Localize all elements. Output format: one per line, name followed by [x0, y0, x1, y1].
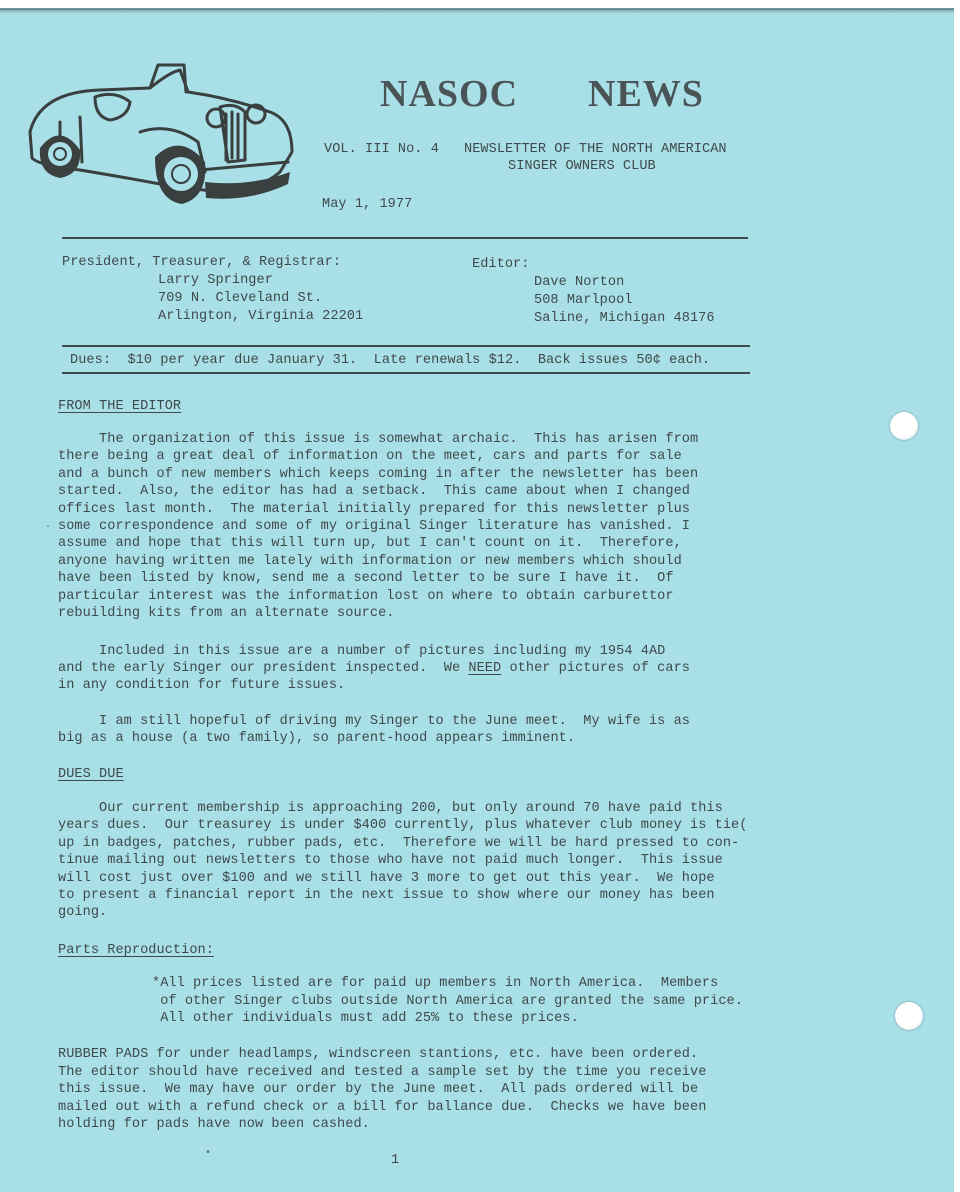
text-line: holding for pads have now been cashed. [58, 1116, 370, 1133]
page-number: 1 [391, 1152, 399, 1169]
editor-name: Dave Norton [534, 274, 624, 291]
text-line: All other individuals must add 25% to th… [152, 1010, 579, 1027]
president-role: President, Treasurer, & Registrar: [62, 254, 341, 271]
section-heading-from-the-editor: FROM THE EDITOR [58, 398, 181, 415]
text-line: The editor should have received and test… [58, 1064, 706, 1081]
text-line: to present a financial report in the nex… [58, 887, 715, 904]
subtitle-line-1: NEWSLETTER OF THE NORTH AMERICAN [464, 141, 727, 158]
text-line: started. Also, the editor has had a setb… [58, 483, 690, 500]
volume-label: VOL. III No. 4 [324, 141, 439, 158]
editor-role: Editor: [472, 256, 529, 273]
page-top-edge [0, 8, 955, 14]
text-line: I am still hopeful of driving my Singer … [58, 713, 690, 730]
president-address-2: Arlington, Virginia 22201 [158, 308, 363, 325]
dues-info: Dues: $10 per year due January 31. Late … [70, 352, 710, 369]
text-span: other pictures of cars [501, 661, 690, 676]
stray-mark: . [45, 520, 51, 531]
dues-top-rule [62, 345, 750, 347]
text-line: offices last month. The material initial… [58, 501, 690, 518]
text-line: will cost just over $100 and we still ha… [58, 870, 715, 887]
editor-paragraph-2-line-3: in any condition for future issues. [58, 677, 345, 694]
text-line: of other Singer clubs outside North Amer… [152, 993, 743, 1010]
binder-hole-lower [895, 1002, 923, 1030]
text-line: this issue. We may have our order by the… [58, 1081, 698, 1098]
section-heading-dues-due: DUES DUE [58, 766, 124, 783]
editor-paragraph-2-line-2: and the early Singer our president inspe… [58, 660, 690, 677]
text-line: going. [58, 904, 107, 921]
text-line: have been listed by know, send me a seco… [58, 570, 674, 587]
text-span: and the early Singer our president inspe… [58, 661, 468, 676]
issue-date: May 1, 1977 [322, 196, 412, 213]
text-line: particular interest was the information … [58, 588, 674, 605]
text-line: *All prices listed are for paid up membe… [152, 975, 718, 992]
emphasis-need: NEED [468, 661, 501, 676]
dues-bottom-rule [62, 372, 750, 374]
subtitle-line-2: SINGER OWNERS CLUB [508, 158, 656, 175]
text-line: tinue mailing out newsletters to those w… [58, 852, 723, 869]
editor-paragraph-2-line-1: Included in this issue are a number of p… [58, 643, 665, 660]
masthead-title-nasoc: NASOC [380, 72, 518, 116]
binder-hole-upper [890, 412, 918, 440]
text-line: mailed out with a refund check or a bill… [58, 1099, 706, 1116]
text-line: up in badges, patches, rubber pads, etc.… [58, 835, 739, 852]
editor-address-2: Saline, Michigan 48176 [534, 310, 715, 327]
stray-mark: • [205, 1148, 211, 1159]
section-heading-parts-reproduction: Parts Reproduction: [58, 942, 214, 959]
text-line: assume and hope that this will turn up, … [58, 535, 682, 552]
text-line: The organization of this issue is somewh… [58, 431, 698, 448]
masthead-title-news: NEWS [588, 72, 704, 116]
editor-address-1: 508 Marlpool [534, 292, 633, 309]
text-line: Our current membership is approaching 20… [58, 800, 723, 817]
text-line: RUBBER PADS for under headlamps, windscr… [58, 1046, 698, 1063]
masthead-divider [62, 237, 748, 239]
text-line: years dues. Our treasurey is under $400 … [58, 817, 747, 834]
page-right-edge [954, 8, 960, 1192]
text-line: anyone having written me lately with inf… [58, 553, 682, 570]
president-name: Larry Springer [158, 272, 273, 289]
text-line: big as a house (a two family), so parent… [58, 730, 575, 747]
text-line: and a bunch of new members which keeps c… [58, 466, 698, 483]
text-line: rebuilding kits from an alternate source… [58, 605, 395, 622]
text-line: there being a great deal of information … [58, 448, 682, 465]
president-address-1: 709 N. Cleveland St. [158, 290, 322, 307]
text-line: some correspondence and some of my origi… [58, 518, 690, 535]
car-logo-icon [20, 62, 300, 212]
